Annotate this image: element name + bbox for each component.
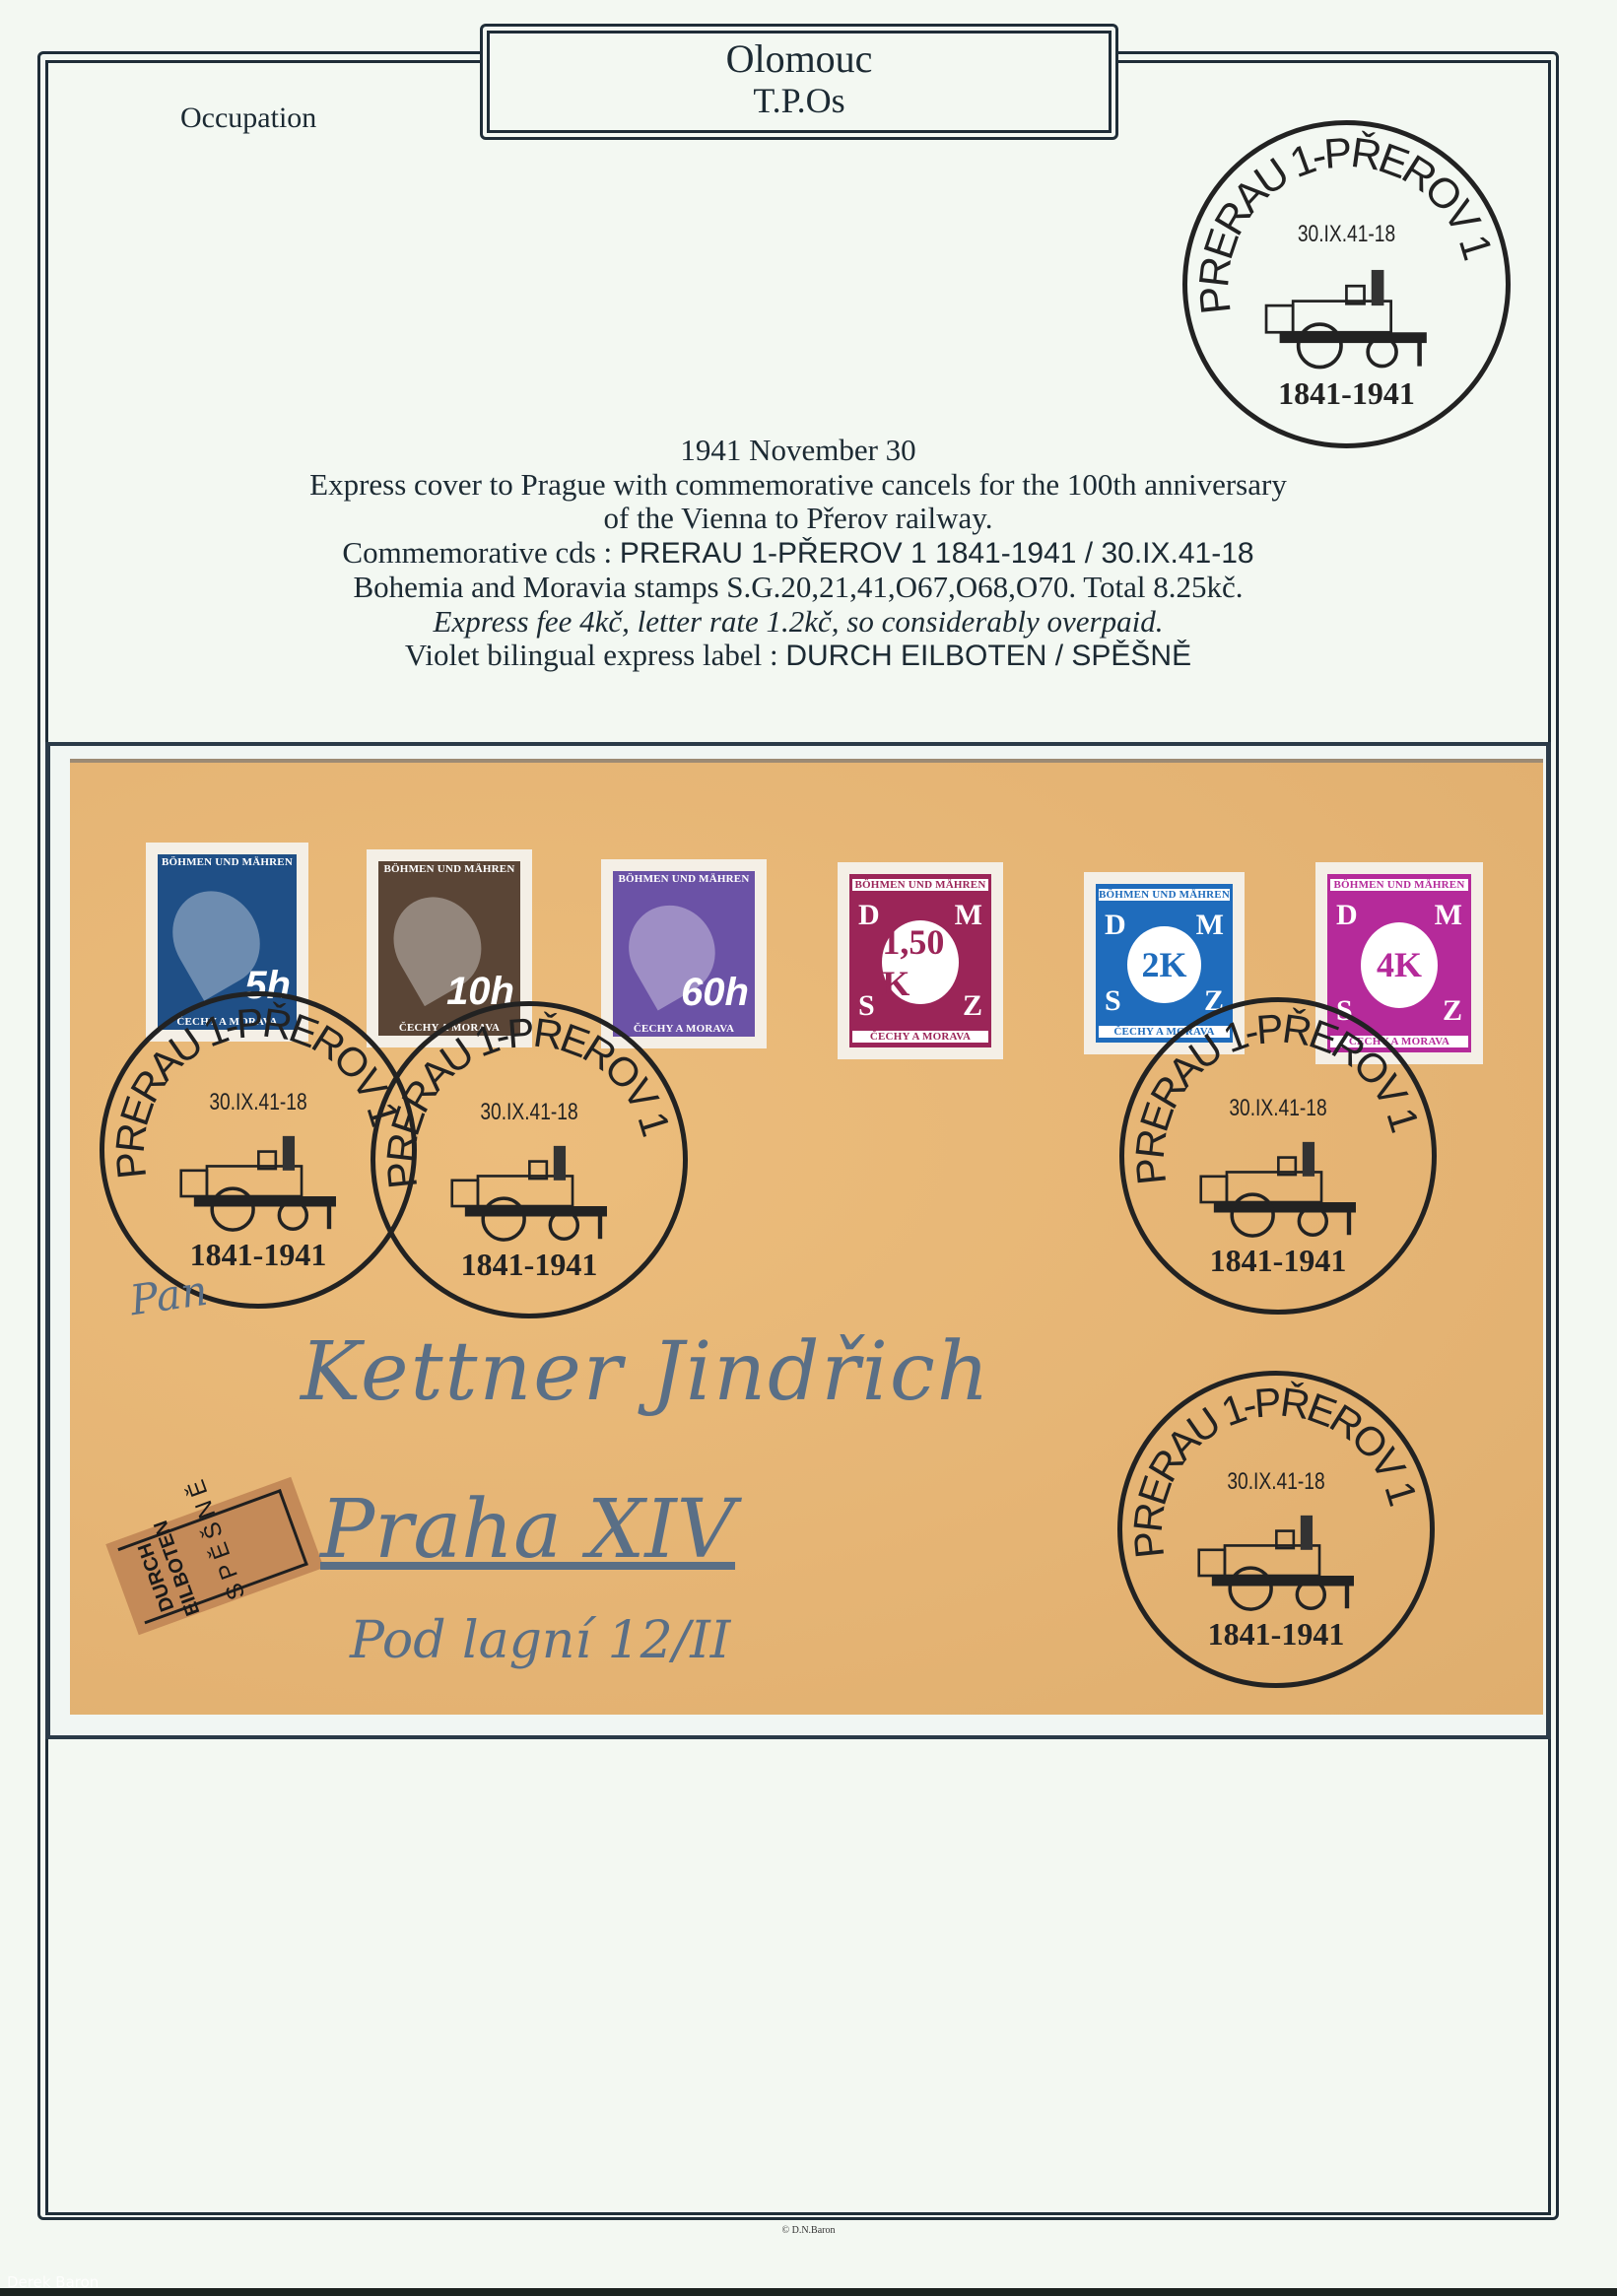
express-label-line2: SPĚŠNĚ [193, 1503, 252, 1603]
label-prefix: Violet bilingual express label : [405, 638, 785, 672]
address-name: Kettner Jindřich [301, 1325, 991, 1419]
cds-prefix: Commemorative cds : [342, 535, 620, 570]
postmark-date: 30.IX.41-18 [406, 1099, 652, 1126]
stamp-value: 4K [1361, 922, 1438, 1009]
postmark-years: 1841-1941 [1124, 1243, 1432, 1279]
stamp-value: 60h [681, 971, 749, 1015]
postmark-date: 30.IX.41-18 [1155, 1095, 1401, 1122]
stamp-corner: M [955, 899, 982, 932]
description-fee: Express fee 4kč, letter rate 1.2kč, so c… [108, 605, 1488, 640]
title-box-inner: Olomouc T.P.Os [487, 31, 1112, 133]
cover-postmark: PRERAU 1-PŘEROV 1 30.IX.41-18 1841-1941 [371, 1001, 688, 1318]
stamp-corner: D [1336, 899, 1358, 932]
reference-postmark: PRERAU 1-PŘEROV 1 30.IX.41-18 1841-1941 [1182, 120, 1511, 448]
stamp-corner: Z [963, 989, 982, 1023]
section-label: Occupation [180, 101, 316, 135]
postmark-date: 30.IX.41-18 [135, 1089, 381, 1116]
cover-postmark: PRERAU 1-PŘEROV 1 30.IX.41-18 1841-1941 [1117, 1371, 1435, 1688]
postmark-years: 1841-1941 [1122, 1616, 1430, 1653]
locomotive-icon [1257, 268, 1436, 370]
scan-edge [0, 2288, 1617, 2296]
description-cds: Commemorative cds : PRERAU 1-PŘEROV 1 18… [108, 536, 1488, 572]
locomotive-icon [1190, 1514, 1363, 1612]
description-label: Violet bilingual express label : DURCH E… [108, 639, 1488, 674]
cover-postmark: PRERAU 1-PŘEROV 1 30.IX.41-18 1841-1941 [100, 991, 417, 1309]
page-title: Olomouc [490, 37, 1109, 81]
stamp-corner: M [1196, 909, 1224, 942]
stamp-corner: S [858, 989, 875, 1023]
stamp-design: BÖHMEN UND MÄHREN D M S Z 1,50 K ČECHY A… [849, 874, 991, 1047]
stamp-corner: D [1105, 909, 1126, 942]
stamp-country: BÖHMEN UND MÄHREN [1330, 879, 1468, 891]
stamp-country: BÖHMEN UND MÄHREN [852, 879, 988, 891]
stamp-value: 2K [1127, 926, 1200, 1003]
stamp-country: BÖHMEN UND MÄHREN [378, 863, 520, 875]
description-date: 1941 November 30 [108, 434, 1488, 468]
postmark-date: 30.IX.41-18 [1153, 1468, 1399, 1496]
locomotive-icon [172, 1134, 345, 1233]
stamp: BÖHMEN UND MÄHREN D M S Z 1,50 K ČECHY A… [838, 862, 1003, 1059]
cover-postmark: PRERAU 1-PŘEROV 1 30.IX.41-18 1841-1941 [1119, 997, 1437, 1315]
page-subtitle: T.P.Os [490, 81, 1109, 120]
label-value: DURCH EILBOTEN / SPĚŠNĚ [785, 640, 1191, 672]
address-street: Pod lagní 12/II [350, 1611, 730, 1670]
address-city: Praha XIV [320, 1483, 735, 1577]
description-stamps: Bohemia and Moravia stamps S.G.20,21,41,… [108, 571, 1488, 605]
watermark: Derek Baron [7, 2273, 99, 2291]
locomotive-icon [443, 1144, 616, 1243]
stamp-country: BÖHMEN UND MÄHREN [1099, 889, 1230, 901]
postmark-years: 1841-1941 [104, 1237, 412, 1273]
stamp-corner: Z [1443, 994, 1462, 1028]
cds-value: PRERAU 1-PŘEROV 1 1841-1941 / 30.IX.41-1… [620, 537, 1254, 570]
postmark-date: 30.IX.41-18 [1219, 221, 1473, 248]
copyright: © D.N.Baron [0, 2225, 1617, 2236]
stamp-region: ČECHY A MORAVA [852, 1031, 988, 1043]
postmark-years: 1841-1941 [375, 1247, 683, 1283]
description: 1941 November 30 Express cover to Prague… [108, 434, 1488, 674]
stamp-value: 1,50 K [882, 920, 958, 1004]
stamp-corner: D [858, 899, 880, 932]
stamp-country: BÖHMEN UND MÄHREN [158, 856, 297, 868]
description-line1: Express cover to Prague with commemorati… [108, 468, 1488, 503]
postmark-years: 1841-1941 [1187, 375, 1506, 412]
locomotive-icon [1192, 1140, 1365, 1239]
stamp-corner: M [1435, 899, 1462, 932]
express-label-line1: DURCH EILBOTEN [130, 1520, 206, 1627]
description-line2: of the Vienna to Přerov railway. [108, 502, 1488, 536]
stamp-country: BÖHMEN UND MÄHREN [613, 873, 755, 885]
stamp-corner: S [1105, 984, 1121, 1018]
